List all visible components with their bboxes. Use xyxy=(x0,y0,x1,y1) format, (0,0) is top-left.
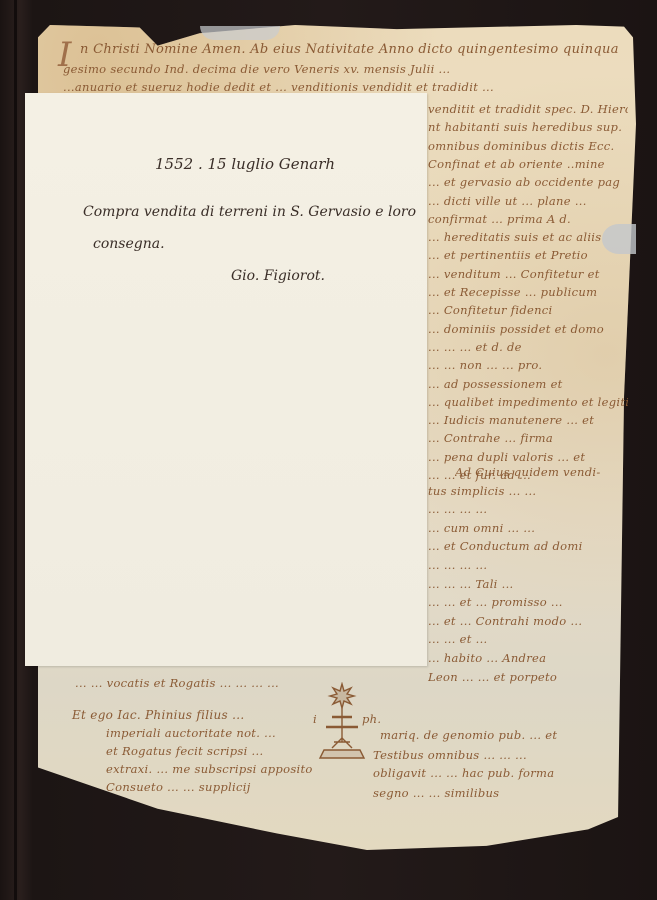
manuscript-line: ... Contrahe ... firma xyxy=(428,431,553,445)
manuscript-line: ... ... ... et d. de xyxy=(428,340,522,354)
subscription-line: et Rogatus fecit scripsi ... xyxy=(106,744,263,758)
manuscript-line: Confinat et ab oriente ..mine xyxy=(428,157,605,171)
manuscript-line: ... ... et ... promisso ... xyxy=(428,595,563,609)
label-date-line: 1552 . 15 luglio Genarh xyxy=(155,155,335,173)
subscription-line: Consueto ... ... supplicij xyxy=(106,780,251,794)
subscription-line: Et ego Iac. Phinius filius ... xyxy=(72,708,244,722)
manuscript-line: Leon ... ... et porpeto xyxy=(428,670,557,684)
manuscript-line: ... ... ... ... xyxy=(428,558,487,572)
notary-sign-label-left: i xyxy=(313,712,317,726)
manuscript-line: ... qualibet impedimento et legiti xyxy=(428,395,628,409)
archival-label: 1552 . 15 luglio Genarh Compra vendita d… xyxy=(25,93,427,666)
manuscript-line: ... et ... Contrahi modo ... xyxy=(428,614,582,628)
manuscript-line: ... pena dupli valoris ... et xyxy=(428,450,585,464)
subscription-line: imperiali auctoritate not. ... xyxy=(106,726,276,740)
label-signature: Gio. Figiorot. xyxy=(231,268,325,284)
subscription-line: segno ... ... similibus xyxy=(373,786,499,800)
subscription-line: obligavit ... ... hac pub. forma xyxy=(373,766,554,780)
manuscript-line: omnibus dominibus dictis Ecc. xyxy=(428,139,614,153)
manuscript-line: ... ... et ... xyxy=(428,632,488,646)
manuscript-line: gesimo secundo Ind. decima die vero Vene… xyxy=(63,62,450,76)
manuscript-line: nt habitanti suis heredibus sup. xyxy=(428,120,622,134)
manuscript-line: ... ... ... Tali ... xyxy=(428,577,513,591)
manuscript-line: ...anuario et sueruz hodie dedit et ... … xyxy=(63,80,494,94)
manuscript-line: ... et Recepisse ... publicum xyxy=(428,285,597,299)
manuscript-line: ... dominiis possidet et domo xyxy=(428,322,604,336)
manuscript-line: Ad Cuius quidem vendi- xyxy=(455,465,601,479)
notary-signum-icon xyxy=(318,682,366,760)
manuscript-line: tus simplicis ... ... xyxy=(428,484,536,498)
manuscript-line: ... ... non ... ... pro. xyxy=(428,358,542,372)
manuscript-line: confirmat ... prima A d. xyxy=(428,212,571,226)
subscription-line: extraxi. ... me subscripsi apposito xyxy=(106,762,313,776)
manuscript-line: ... hereditatis suis et ac aliis xyxy=(428,230,601,244)
manuscript-line: ... et gervasio ab occidente pag xyxy=(428,175,620,189)
manuscript-line: n Christi Nomine Amen. Ab eius Nativitat… xyxy=(80,42,619,57)
subscription-line: Testibus omnibus ... ... ... xyxy=(373,748,527,762)
parchment-tear-right xyxy=(602,224,636,254)
label-description-line: consegna. xyxy=(93,236,165,252)
parchment-tear-top xyxy=(200,26,280,40)
manuscript-line: venditit et tradidit spec. D. Hiero xyxy=(428,102,628,116)
manuscript-line: ... Iudicis manutenere ... et xyxy=(428,413,594,427)
binding-edge xyxy=(14,0,17,900)
subscription-line: mariq. de genomio pub. ... et xyxy=(380,728,557,742)
manuscript-line: ... cum omni ... ... xyxy=(428,521,535,535)
manuscript-line: ... et Conductum ad domi xyxy=(428,539,583,553)
manuscript-line: ... venditum ... Confitetur et xyxy=(428,267,600,281)
manuscript-line: ... et pertinentiis et Pretio xyxy=(428,248,588,262)
manuscript-line: ... ... vocatis et Rogatis ... ... ... .… xyxy=(75,676,279,690)
manuscript-line: ... ad possessionem et xyxy=(428,377,563,391)
manuscript-line: ... dicti ville ut ... plane ... xyxy=(428,194,587,208)
label-description-line: Compra vendita di terreni in S. Gervasio… xyxy=(83,204,416,220)
manuscript-line: ... ... ... ... xyxy=(428,502,487,516)
manuscript-line: ... habito ... Andrea xyxy=(428,651,546,665)
manuscript-line: ... Confitetur fidenci xyxy=(428,303,553,317)
